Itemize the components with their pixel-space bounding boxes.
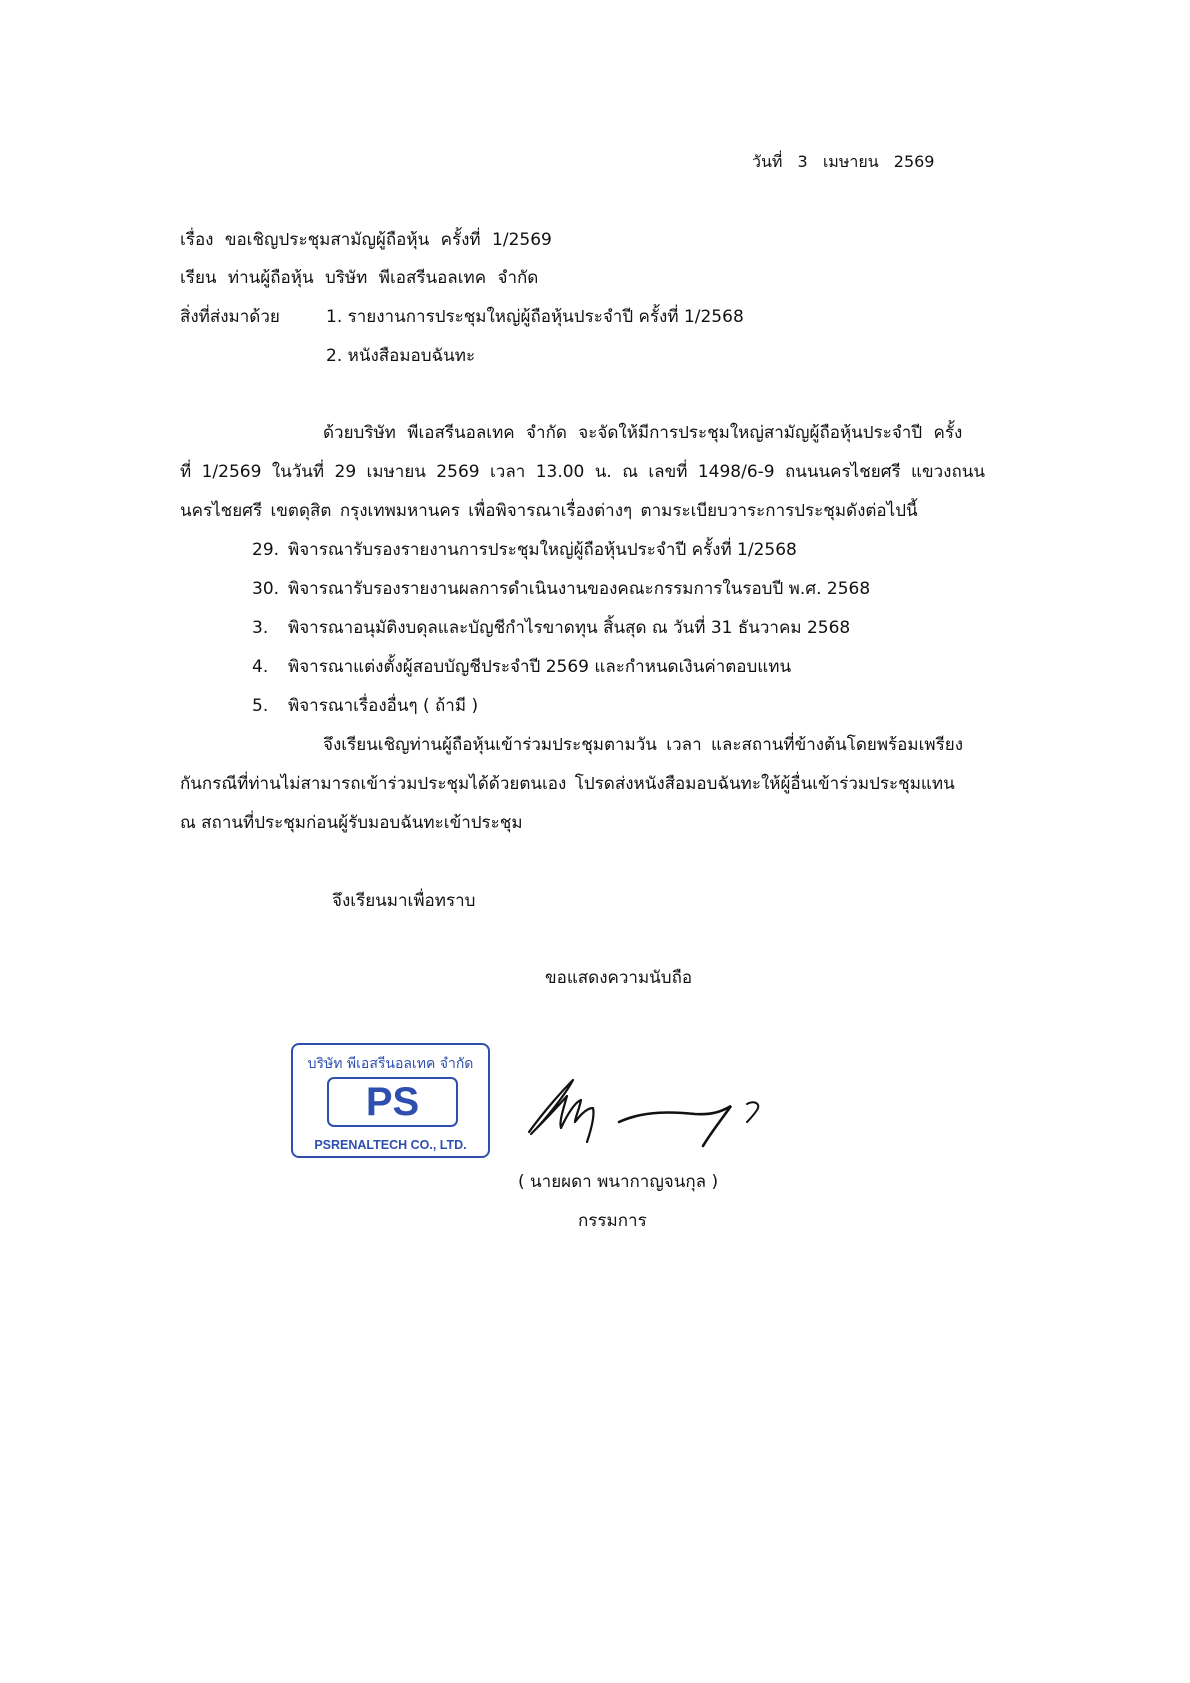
agenda-text: พิจารณารับรองรายงานการประชุมใหญ่ผู้ถือหุ… bbox=[288, 540, 797, 560]
body-line: ณ สถานที่ประชุมก่อนผู้รับมอบฉันทะเข้าประ… bbox=[180, 813, 523, 833]
body-line: นครไชยศรี เขตดุสิต กรุงเทพมหานคร เพื่อพิ… bbox=[180, 501, 918, 521]
date-line: วันที่ 3 เมษายน 2569 bbox=[752, 152, 934, 171]
signature-icon bbox=[515, 1070, 785, 1150]
agenda-text: พิจารณารับรองรายงานผลการดำเนินงานของคณะก… bbox=[288, 579, 870, 599]
body-line: กันกรณีที่ท่านไม่สามารถเข้าร่วมประชุมได้… bbox=[180, 774, 955, 794]
enclosure-item: 2. หนังสือมอบฉันทะ bbox=[326, 346, 475, 366]
body-line: ด้วยบริษัท พีเอสรีนอลเทค จำกัด จะจัดให้ม… bbox=[323, 423, 962, 443]
signatory-name: ( นายผดา พนากาญจนกุล ) bbox=[518, 1172, 718, 1192]
agenda-item: 5.พิจารณาเรื่องอื่นๆ ( ถ้ามี ) bbox=[252, 696, 478, 716]
agenda-text: พิจารณาอนุมัติงบดุลและบัญชีกำไรขาดทุน สิ… bbox=[288, 618, 850, 638]
agenda-number: 30. bbox=[252, 579, 288, 599]
regards-line: ขอแสดงความนับถือ bbox=[545, 968, 692, 988]
body-line: ที่ 1/2569 ในวันที่ 29 เมษายน 2569 เวลา … bbox=[180, 462, 985, 482]
agenda-number: 29. bbox=[252, 540, 288, 560]
agenda-text: พิจารณาเรื่องอื่นๆ ( ถ้ามี ) bbox=[288, 696, 478, 716]
enclosure-item: 1. รายงานการประชุมใหญ่ผู้ถือหุ้นประจำปี … bbox=[326, 307, 744, 327]
stamp-company-thai: บริษัท พีเอสรีนอลเทค จำกัด bbox=[293, 1053, 488, 1075]
agenda-item: 4.พิจารณาแต่งตั้งผู้สอบบัญชีประจำปี 2569… bbox=[252, 657, 791, 677]
agenda-number: 4. bbox=[252, 657, 288, 677]
stamp-company-english: PSRENALTECH CO., LTD. bbox=[293, 1138, 488, 1152]
agenda-item: 30.พิจารณารับรองรายงานผลการดำเนินงานของค… bbox=[252, 579, 870, 599]
enclosures-label: สิ่งที่ส่งมาด้วย bbox=[180, 307, 280, 327]
agenda-text: พิจารณาแต่งตั้งผู้สอบบัญชีประจำปี 2569 แ… bbox=[288, 657, 791, 677]
agenda-number: 3. bbox=[252, 618, 288, 638]
agenda-number: 5. bbox=[252, 696, 288, 716]
closing-line: จึงเรียนมาเพื่อทราบ bbox=[332, 891, 475, 911]
agenda-item: 29.พิจารณารับรองรายงานการประชุมใหญ่ผู้ถื… bbox=[252, 540, 797, 560]
ps-logo: PS bbox=[327, 1077, 458, 1127]
subject-line: เรื่อง ขอเชิญประชุมสามัญผู้ถือหุ้น ครั้ง… bbox=[180, 230, 552, 250]
body-line: จึงเรียนเชิญท่านผู้ถือหุ้นเข้าร่วมประชุม… bbox=[323, 735, 963, 755]
recipient-line: เรียน ท่านผู้ถือหุ้น บริษัท พีเอสรีนอลเท… bbox=[180, 268, 538, 288]
company-stamp: บริษัท พีเอสรีนอลเทค จำกัด PS PSRENALTEC… bbox=[291, 1043, 490, 1158]
signatory-title: กรรมการ bbox=[578, 1211, 647, 1231]
agenda-item: 3.พิจารณาอนุมัติงบดุลและบัญชีกำไรขาดทุน … bbox=[252, 618, 850, 638]
